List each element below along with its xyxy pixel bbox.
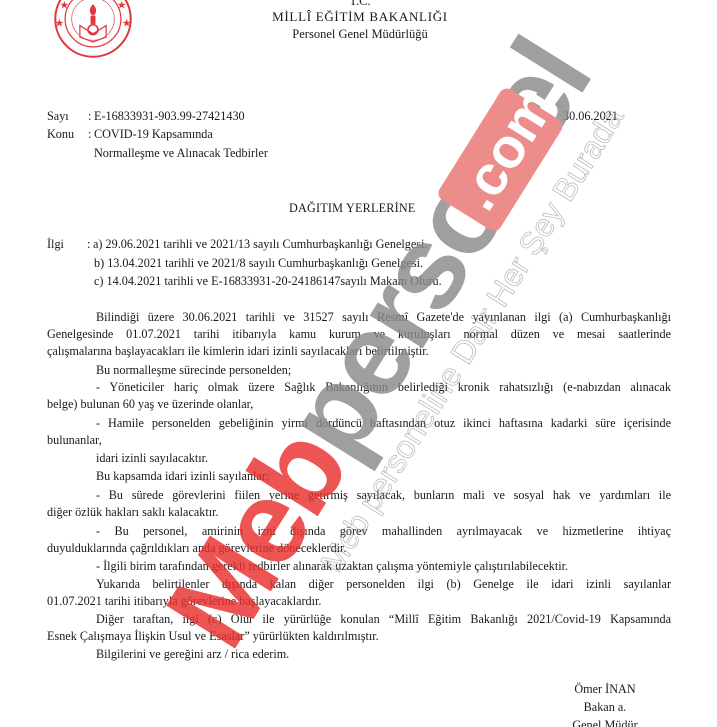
p10-line-1: Yukarıda belirtilenler dışında kalan diğ… [47,576,671,593]
paragraph-10: Yukarıda belirtilenler dışında kalan diğ… [47,576,671,610]
p1-line-2: Genelgesinde 01.07.2021 tarihi itibarıyl… [47,326,671,343]
header-department: Personel Genel Müdürlüğü [240,27,480,42]
p3-line-1: - Yöneticiler hariç olmak üzere Sağlık B… [47,379,671,396]
p11-line-1: Diğer taraftan, ilgi (c) Olur ile yürürl… [47,611,671,628]
paragraph-4: - Hamile personelden gebeliğinin yirmi d… [47,415,671,449]
paragraph-9: - İlgili birim tarafından gerekli tedbir… [96,558,568,574]
paragraph-6: Bu kapsamda idari izinli sayılanlar; [96,468,269,484]
signatory-name: Ömer İNAN [540,681,670,698]
p4-line-2: bulunanlar, [47,432,671,449]
paragraph-3: - Yöneticiler hariç olmak üzere Sağlık B… [47,379,671,413]
konu-line-1: COVID-19 Kapsamında [94,126,213,142]
p4-line-1: - Hamile personelden gebeliğinin yirmi d… [47,415,671,432]
signatory-proxy: Bakan a. [540,699,670,716]
paragraph-7: - Bu sürede görevlerini fiilen yerine ge… [47,487,671,521]
ilgi-item-a: a) 29.06.2021 tarihli ve 2021/13 sayılı … [93,236,427,252]
paragraph-11: Diğer taraftan, ilgi (c) Olur ile yürürl… [47,611,671,645]
meb-emblem-icon [52,0,134,60]
header-country: T.C. [240,0,480,9]
p10-line-2: 01.07.2021 tarihi itibarıyla görevlerine… [47,593,671,610]
distribution-heading: DAĞITIM YERLERİNE [289,200,416,216]
sayi-colon: : [88,108,91,124]
ilgi-item-c: c) 14.04.2021 tarihli ve E-16833931-20-2… [94,273,442,289]
konu-line-2: Normalleşme ve Alınacak Tedbirler [94,145,268,161]
p3-line-2: belge) bulunan 60 yaş ve üzerinde olanla… [47,396,671,413]
ilgi-item-b: b) 13.04.2021 tarihli ve 2021/8 sayılı C… [94,255,423,271]
paragraph-5: idari izinli sayılacaktır. [96,450,208,466]
ilgi-label: İlgi [47,236,64,252]
konu-colon: : [88,126,91,142]
sayi-label: Sayı [47,108,69,124]
document-date: 30.06.2021 [563,108,618,124]
paragraph-1: Bilindiği üzere 30.06.2021 tarihli ve 31… [47,309,671,359]
header-ministry: MİLLÎ EĞİTİM BAKANLIĞI [240,9,480,25]
p7-line-1: - Bu sürede görevlerini fiilen yerine ge… [47,487,671,504]
paragraph-8: - Bu personel, amirinin izni dışında gör… [47,523,671,557]
paragraph-12: Bilgilerini ve gereğini arz / rica ederi… [96,646,289,662]
p11-line-2: Esnek Çalışmaya İlişkin Usul ve Esaslar”… [47,628,671,645]
p7-line-2: diğer özlük hakları saklı kalacaktır. [47,504,671,521]
konu-label: Konu [47,126,74,142]
signatory-title: Genel Müdür [540,717,670,727]
p8-line-1: - Bu personel, amirinin izni dışında gör… [47,523,671,540]
p1-line-1: Bilindiği üzere 30.06.2021 tarihli ve 31… [47,309,671,326]
p1-line-3: çalışmalarına başlayacakları ile kimleri… [47,343,671,360]
sayi-value: E-16833931-903.99-27421430 [94,108,245,124]
ilgi-colon: : [87,236,90,252]
document-page: T.C. MİLLÎ EĞİTİM BAKANLIĞI Personel Gen… [0,0,717,727]
p8-line-2: duyulduklarında çağrıldıkları anda görev… [47,540,671,557]
paragraph-2: Bu normalleşme sürecinde personelden; [96,362,291,378]
svg-text:.com: .com [444,76,567,220]
